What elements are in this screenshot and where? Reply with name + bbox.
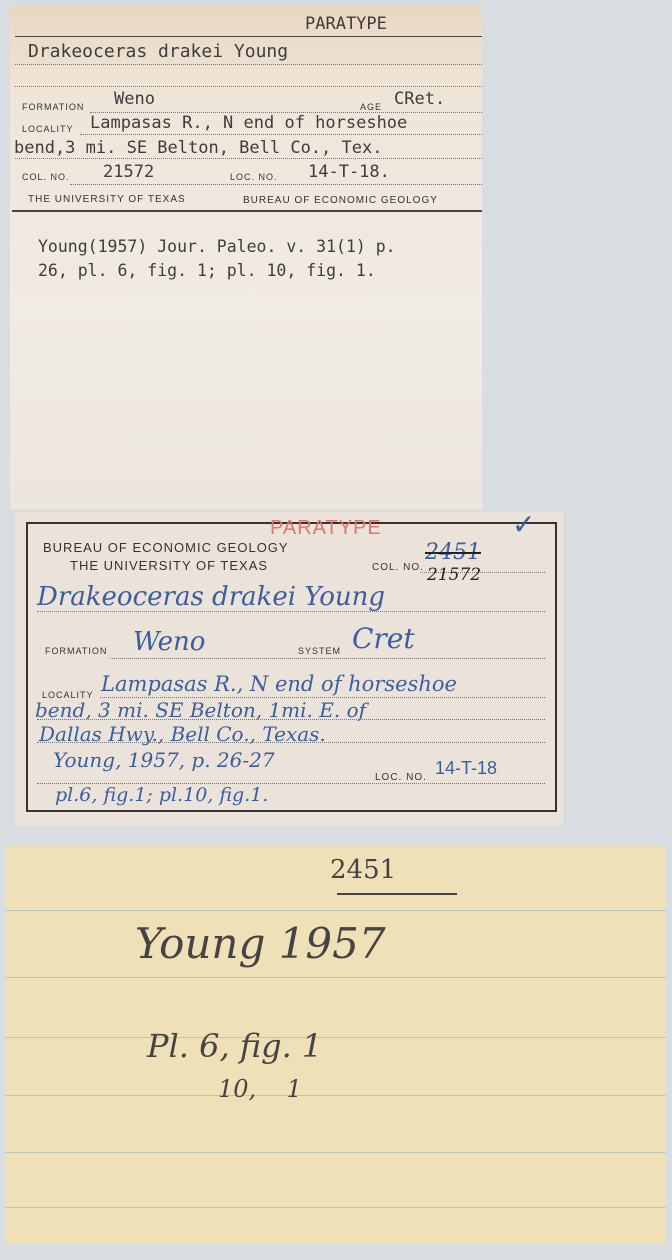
system-value: Cret xyxy=(352,622,415,655)
dotted-rule xyxy=(80,134,482,135)
paratype-stamp: PARATYPE xyxy=(270,517,382,540)
catalog-number: 2451 xyxy=(330,855,396,885)
ruled-line xyxy=(5,910,666,911)
dotted-rule xyxy=(37,611,545,612)
reference-line-2: 26, pl. 6, fig. 1; pl. 10, fig. 1. xyxy=(38,261,376,280)
col-no-label: COL. NO. xyxy=(372,562,424,573)
ruled-line xyxy=(5,1037,666,1038)
age-label: AGE xyxy=(360,102,382,112)
formation-value: Weno xyxy=(114,89,155,109)
dotted-rule xyxy=(15,158,482,159)
reference-line-1: Young(1957) Jour. Paleo. v. 31(1) p. xyxy=(38,237,396,256)
loc-no-value: 14-T-18 xyxy=(435,758,497,779)
paratype-label: PARATYPE xyxy=(305,14,387,34)
ruled-line xyxy=(5,1095,666,1096)
locality-line-1: Lampasas R., N end of horseshoe xyxy=(101,672,457,696)
header-university: THE UNIVERSITY OF TEXAS xyxy=(70,558,268,573)
loc-no-value: 14-T-18. xyxy=(308,162,390,182)
formation-label: FORMATION xyxy=(22,102,84,112)
reference-line-2: pl.6, fig.1; pl.10, fig.1. xyxy=(55,784,268,806)
plate-figure-line-2: 10, 1 xyxy=(218,1075,302,1103)
col-no-struck-value: 2451 xyxy=(425,540,481,565)
loc-no-label: LOC. NO. xyxy=(375,772,427,783)
age-value: CRet. xyxy=(394,89,445,109)
dotted-rule xyxy=(15,86,482,87)
plate-figure-line-1: Pl. 6, fig. 1 xyxy=(147,1027,322,1065)
formation-label: FORMATION xyxy=(45,646,107,656)
formation-value: Weno xyxy=(133,627,205,657)
handwritten-specimen-card: PARATYPE ✓ BUREAU OF ECONOMIC GEOLOGY TH… xyxy=(15,512,563,826)
author-year: Young 1957 xyxy=(135,919,386,968)
ruled-line xyxy=(5,1152,666,1153)
loc-no-label: LOC. NO. xyxy=(230,172,278,182)
locality-line-2: bend,3 mi. SE Belton, Bell Co., Tex. xyxy=(14,138,382,158)
dotted-rule xyxy=(70,184,482,185)
col-no-value: 21572 xyxy=(103,162,154,182)
col-no-value: 21572 xyxy=(427,565,481,585)
divider xyxy=(15,36,482,37)
number-underline xyxy=(337,893,457,895)
ruled-line xyxy=(5,1207,666,1208)
dotted-rule xyxy=(110,658,545,659)
ruled-line xyxy=(5,977,666,978)
footer-university: THE UNIVERSITY OF TEXAS xyxy=(28,194,186,205)
pencil-note-slip: 2451 Young 1957 Pl. 6, fig. 1 10, 1 xyxy=(5,845,666,1243)
species-name: Drakeoceras drakei Young xyxy=(28,41,288,62)
checkmark-icon: ✓ xyxy=(512,508,535,541)
reference-line-1: Young, 1957, p. 26-27 xyxy=(53,748,275,772)
locality-label: LOCALITY xyxy=(22,124,74,134)
species-name: Drakeoceras drakei Young xyxy=(37,582,385,612)
dotted-rule xyxy=(37,719,545,720)
locality-line-1: Lampasas R., N end of horseshoe xyxy=(90,113,407,133)
dotted-rule xyxy=(37,742,545,743)
header-bureau: BUREAU OF ECONOMIC GEOLOGY xyxy=(43,540,289,555)
col-no-label: COL. NO. xyxy=(22,172,70,182)
footer-bureau: BUREAU OF ECONOMIC GEOLOGY xyxy=(243,195,438,206)
divider xyxy=(12,210,482,212)
system-label: SYSTEM xyxy=(298,646,341,656)
dotted-rule xyxy=(15,64,482,65)
typed-specimen-card: PARATYPE Drakeoceras drakei Young FORMAT… xyxy=(10,5,482,509)
